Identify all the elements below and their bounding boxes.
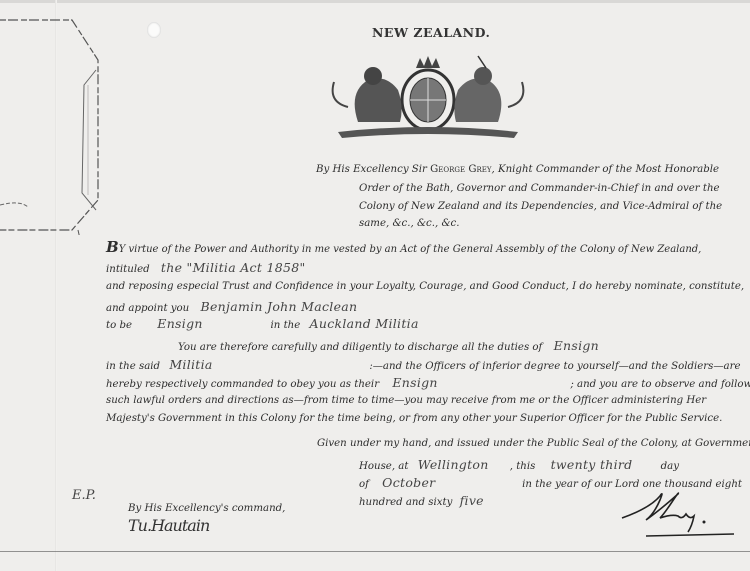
appointee-name-handwritten: Benjamin John Maclean: [201, 299, 358, 314]
command-label: By His Excellency's command,: [128, 503, 285, 514]
given-line-2: House, at Wellington, this twenty thirdd…: [359, 457, 679, 472]
body-line-10: Majesty's Government in this Colony for …: [106, 413, 722, 424]
obey-rank-handwritten: Ensign: [392, 375, 570, 390]
punch-hole: [147, 22, 161, 38]
initials-handwritten: E.P.: [72, 488, 96, 503]
place-handwritten: Wellington: [418, 457, 510, 472]
page-top-edge: [0, 0, 750, 3]
preamble-line-3: Colony of New Zealand and its Dependenci…: [359, 201, 722, 212]
said-unit-handwritten: Militia: [169, 357, 369, 372]
rank-handwritten: Ensign: [157, 316, 267, 331]
body-line-7: in the said Militia:—and the Officers of…: [106, 357, 741, 372]
body-line-2: intituled the "Militia Act 1858": [106, 260, 306, 275]
given-line-1: Given under my hand, and issued under th…: [317, 438, 750, 449]
preamble-line-1: By His Excellency Sir George Grey, Knigh…: [316, 164, 719, 175]
body-line-1: BY virtue of the Power and Authority in …: [106, 238, 701, 256]
unit-handwritten: Auckland Militia: [310, 316, 419, 331]
drop-cap: B: [106, 238, 119, 256]
body-line-5: to be Ensign in the Auckland Militia: [106, 316, 419, 331]
body-line-9: such lawful orders and directions as—fro…: [106, 395, 706, 406]
body-line-8: hereby respectively commanded to obey yo…: [106, 375, 750, 390]
preamble-line-4: same, &c., &c., &c.: [359, 218, 459, 229]
seal-outline-icon: [0, 15, 110, 235]
coat-of-arms-icon: [318, 52, 538, 140]
day-handwritten: twenty third: [551, 457, 661, 472]
governor-signature-icon: [620, 488, 740, 538]
preamble-line-2: Order of the Bath, Governor and Commande…: [359, 183, 720, 194]
governor-name: George Grey: [430, 164, 491, 175]
body-line-6: You are therefore carefully and diligent…: [178, 338, 599, 353]
bottom-edge-line: [0, 551, 750, 552]
given-line-4: hundred and sixty five: [359, 493, 484, 508]
secretary-signature: Tu.Hautain: [128, 516, 209, 535]
body-line-3: and reposing especial Trust and Confiden…: [106, 281, 744, 292]
document-heading: NEW ZEALAND.: [372, 25, 490, 40]
act-name-handwritten: the "Militia Act 1858": [161, 260, 306, 275]
month-handwritten: October: [382, 475, 522, 490]
body-line-4: and appoint you Benjamin John Maclean: [106, 299, 357, 314]
year-word-handwritten: five: [460, 493, 484, 508]
duties-rank-handwritten: Ensign: [554, 338, 599, 353]
document-page: NEW ZEALAND. By His Excellency Sir Georg…: [0, 0, 750, 571]
